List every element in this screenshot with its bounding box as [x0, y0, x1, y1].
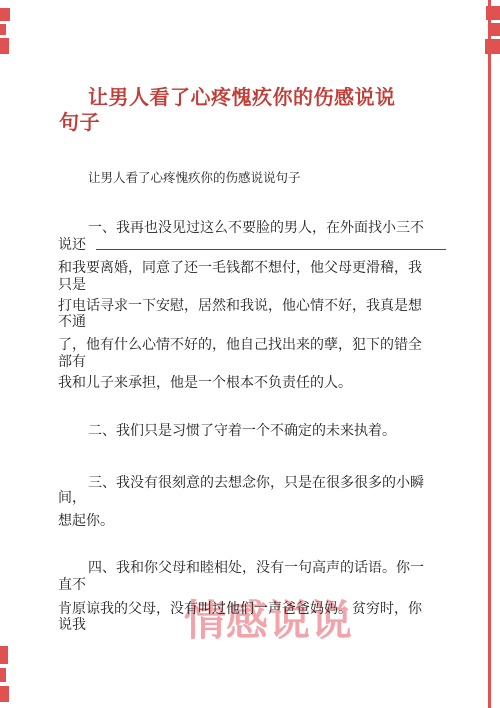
underline-rule [96, 249, 446, 250]
text-line: 只是 [58, 276, 86, 292]
text-line: 我和儿子来承担，他是一个根本不负责任的人。 [58, 374, 352, 390]
text-line: 肯原谅我的父母，没有叫过他们一声爸爸妈妈。贫穷时，你 [58, 600, 422, 616]
top-left-edge-mark [0, 24, 6, 35]
top-right-edge-mark [486, 6, 500, 20]
text-line: 一、我再也没见过这么不要脸的男人，在外面找小三不 [88, 219, 424, 235]
text-line: 了，他有什么心情不好的，他自己找出来的孽，犯下的错全 [58, 336, 422, 352]
text-line: 和我要离婚，同意了还一毛钱都不想付，他父母更滑稽，我 [58, 259, 422, 275]
text-line: 部有 [58, 353, 86, 369]
document-page: 情感说说 让男人看了心疼愧疚你的伤感说说 句子 让男人看了心疼愧疚你的伤感说说句… [0, 0, 500, 708]
right-edge-red-line [488, 0, 491, 708]
bottom-left-edge-mark [0, 668, 6, 682]
text-line: 打电话寻求一下安慰，居然和我说，他心情不好，我真是想 [58, 297, 422, 313]
text-line: 三、我没有很刻意的去想念你，只是在很多很多的小瞬 [88, 474, 424, 490]
text-line: 说还 [58, 236, 86, 252]
top-right-edge-mark [485, 39, 500, 54]
watermark: 情感说说 [184, 588, 352, 648]
text-line: 说我 [58, 616, 86, 632]
text-line: 直不 [58, 576, 86, 592]
bottom-left-edge-mark [0, 646, 8, 664]
page-title-line-2: 句子 [59, 106, 100, 135]
top-left-edge-mark [0, 38, 9, 54]
bottom-left-edge-mark [0, 686, 9, 702]
top-right-edge-mark [490, 23, 500, 36]
text-line: 想起你。 [58, 512, 114, 528]
page-title-line-1: 让男人看了心疼愧疚你的伤感说说 [88, 81, 396, 110]
text-line: 间， [58, 489, 86, 505]
text-line: 四、我和你父母和睦相处，没有一句高声的话语。你一 [88, 559, 424, 575]
top-left-edge-mark [0, 8, 10, 21]
text-line: 二、我们只是习惯了守着一个不确定的未来执着。 [88, 422, 396, 438]
subtitle: 让男人看了心疼愧疚你的伤感说说句子 [88, 170, 301, 186]
text-line: 不通 [58, 313, 86, 329]
